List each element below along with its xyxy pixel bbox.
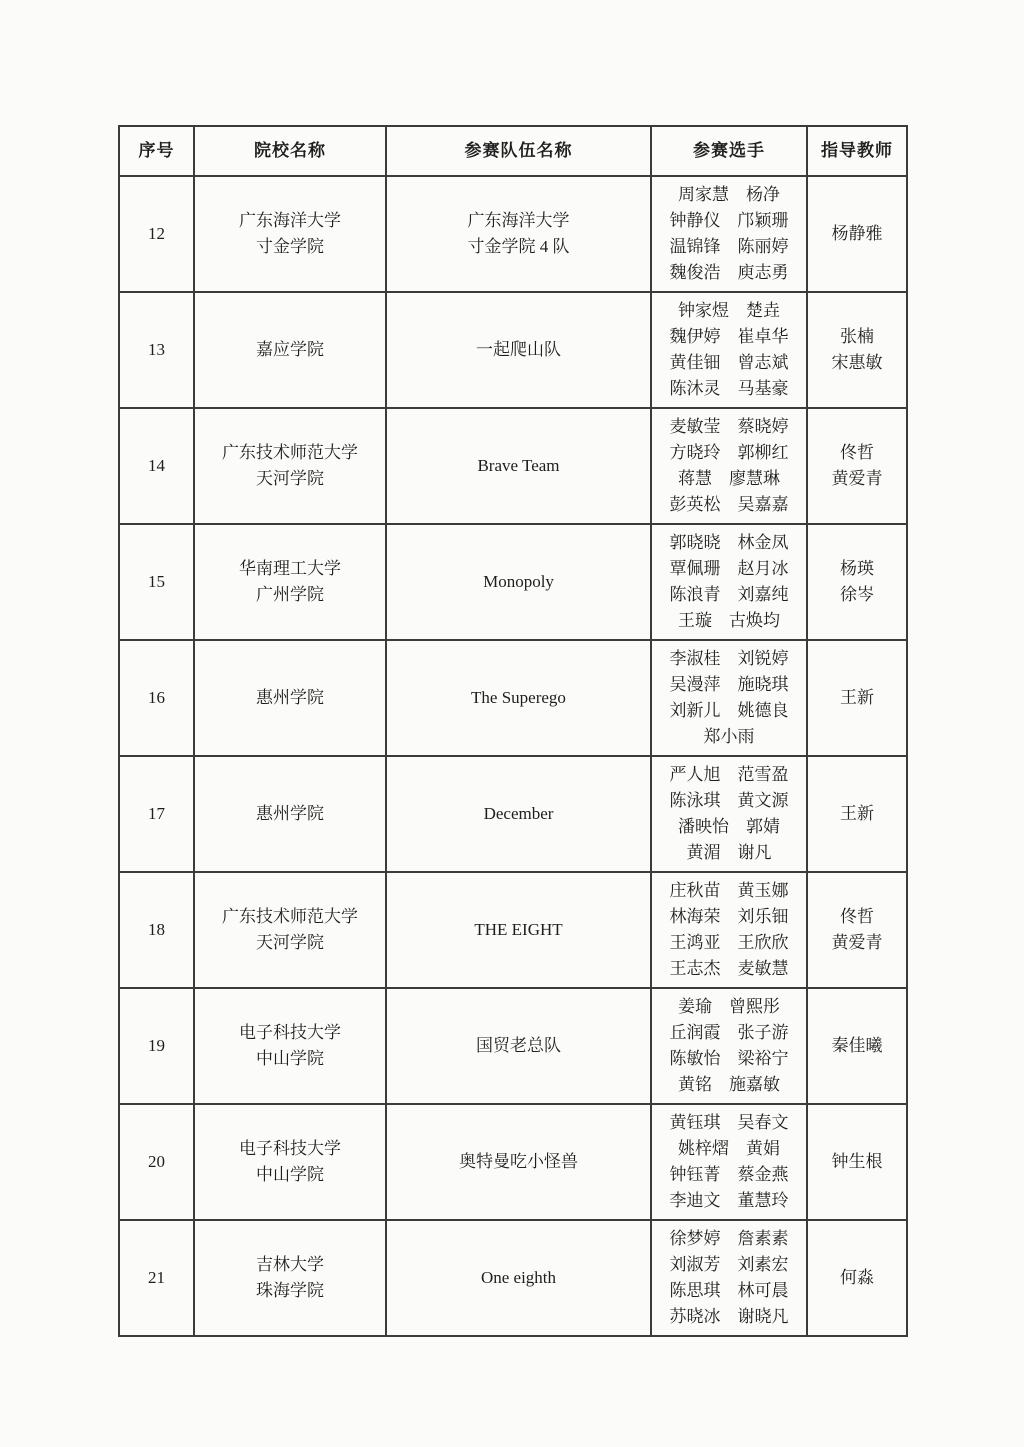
advisors: 佟哲 黄爱青 [807,408,907,524]
row-number: 15 [119,524,194,640]
table-row: 12 广东海洋大学 寸金学院 广东海洋大学 寸金学院 4 队 周家慧 杨净 钟静… [119,176,907,292]
advisors: 秦佳曦 [807,988,907,1104]
team-name: 一起爬山队 [386,292,651,408]
advisors: 王新 [807,640,907,756]
row-number: 12 [119,176,194,292]
contestants: 严人旭 范雪盈 陈泳琪 黄文源 潘映怡 郭婧 黄湄 谢凡 [651,756,807,872]
row-number: 18 [119,872,194,988]
contestants: 郭晓晓 林金凤 覃佩珊 赵月冰 陈浪青 刘嘉纯 王璇 古焕均 [651,524,807,640]
col-header-advisor: 指导教师 [807,126,907,176]
advisors: 钟生根 [807,1104,907,1220]
contestants: 麦敏莹 蔡晓婷 方晓玲 郭柳红 蒋慧 廖慧琳 彭英松 吴嘉嘉 [651,408,807,524]
table-row: 16 惠州学院 The Superego 李淑桂 刘锐婷 吴漫萍 施晓琪 刘新儿… [119,640,907,756]
table-row: 14 广东技术师范大学 天河学院 Brave Team 麦敏莹 蔡晓婷 方晓玲 … [119,408,907,524]
contestants: 钟家煜 楚垚 魏伊婷 崔卓华 黄佳钿 曾志斌 陈沐灵 马基豪 [651,292,807,408]
advisors: 杨瑛 徐岑 [807,524,907,640]
institution-name: 华南理工大学 广州学院 [194,524,386,640]
table-row: 18 广东技术师范大学 天河学院 THE EIGHT 庄秋苗 黄玉娜 林海荣 刘… [119,872,907,988]
table-row: 19 电子科技大学 中山学院 国贸老总队 姜瑜 曾熙彤 丘润霞 张子游 陈敏怡 … [119,988,907,1104]
scanned-document-page: 序号 院校名称 参赛队伍名称 参赛选手 指导教师 12 广东海洋大学 寸金学院 … [0,0,1024,1447]
row-number: 21 [119,1220,194,1336]
institution-name: 吉林大学 珠海学院 [194,1220,386,1336]
institution-name: 广东海洋大学 寸金学院 [194,176,386,292]
advisors: 佟哲 黄爱青 [807,872,907,988]
row-number: 13 [119,292,194,408]
row-number: 17 [119,756,194,872]
contestants: 庄秋苗 黄玉娜 林海荣 刘乐钿 王鸿亚 王欣欣 王志杰 麦敏慧 [651,872,807,988]
table-row: 17 惠州学院 December 严人旭 范雪盈 陈泳琪 黄文源 潘映怡 郭婧 … [119,756,907,872]
contestants: 李淑桂 刘锐婷 吴漫萍 施晓琪 刘新儿 姚德良 郑小雨 [651,640,807,756]
row-number: 19 [119,988,194,1104]
table-header-row: 序号 院校名称 参赛队伍名称 参赛选手 指导教师 [119,126,907,176]
contestants: 徐梦婷 詹素素 刘淑芳 刘素宏 陈思琪 林可晨 苏晓冰 谢晓凡 [651,1220,807,1336]
institution-name: 嘉应学院 [194,292,386,408]
institution-name: 广东技术师范大学 天河学院 [194,408,386,524]
row-number: 20 [119,1104,194,1220]
advisors: 杨静雅 [807,176,907,292]
team-name: 广东海洋大学 寸金学院 4 队 [386,176,651,292]
contestants: 姜瑜 曾熙彤 丘润霞 张子游 陈敏怡 梁裕宁 黄铭 施嘉敏 [651,988,807,1104]
col-header-no: 序号 [119,126,194,176]
col-header-institution: 院校名称 [194,126,386,176]
contestants: 周家慧 杨净 钟静仪 邝颖珊 温锦锋 陈丽婷 魏俊浩 庾志勇 [651,176,807,292]
advisors: 王新 [807,756,907,872]
team-name: THE EIGHT [386,872,651,988]
results-table: 序号 院校名称 参赛队伍名称 参赛选手 指导教师 12 广东海洋大学 寸金学院 … [118,125,908,1337]
team-name: One eighth [386,1220,651,1336]
team-name: Monopoly [386,524,651,640]
row-number: 14 [119,408,194,524]
institution-name: 惠州学院 [194,640,386,756]
table-row: 15 华南理工大学 广州学院 Monopoly 郭晓晓 林金凤 覃佩珊 赵月冰 … [119,524,907,640]
advisors: 何淼 [807,1220,907,1336]
row-number: 16 [119,640,194,756]
team-name: December [386,756,651,872]
institution-name: 惠州学院 [194,756,386,872]
institution-name: 电子科技大学 中山学院 [194,988,386,1104]
table-row: 21 吉林大学 珠海学院 One eighth 徐梦婷 詹素素 刘淑芳 刘素宏 … [119,1220,907,1336]
institution-name: 广东技术师范大学 天河学院 [194,872,386,988]
team-name: The Superego [386,640,651,756]
advisors: 张楠 宋惠敏 [807,292,907,408]
institution-name: 电子科技大学 中山学院 [194,1104,386,1220]
table-row: 13 嘉应学院 一起爬山队 钟家煜 楚垚 魏伊婷 崔卓华 黄佳钿 曾志斌 陈沐灵… [119,292,907,408]
team-name: 奥特曼吃小怪兽 [386,1104,651,1220]
team-name: Brave Team [386,408,651,524]
contestants: 黄钰琪 吴春文 姚梓熠 黄娟 钟钰菁 蔡金燕 李迪文 董慧玲 [651,1104,807,1220]
col-header-contestants: 参赛选手 [651,126,807,176]
col-header-team: 参赛队伍名称 [386,126,651,176]
table-row: 20 电子科技大学 中山学院 奥特曼吃小怪兽 黄钰琪 吴春文 姚梓熠 黄娟 钟钰… [119,1104,907,1220]
team-name: 国贸老总队 [386,988,651,1104]
